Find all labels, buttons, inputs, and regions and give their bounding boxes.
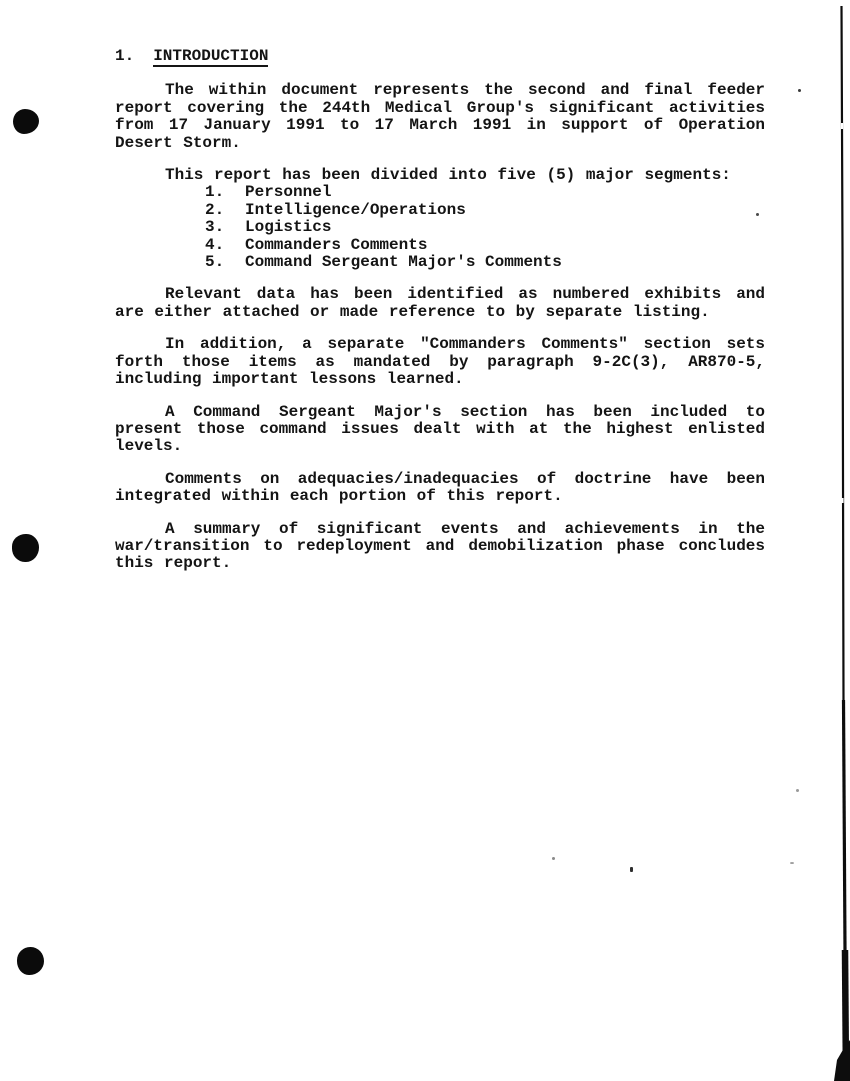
list-item: 3. Logistics — [115, 219, 765, 236]
paragraph-overview: The within document represents the secon… — [115, 82, 765, 152]
list-item-label: Personnel — [245, 184, 331, 201]
list-item: 1. Personnel — [115, 184, 765, 201]
scan-speck — [790, 862, 794, 864]
list-item-label: Commanders Comments — [245, 237, 427, 254]
list-item-number: 5. — [205, 254, 245, 271]
hole-punch-mark — [12, 534, 39, 562]
scan-speck — [630, 867, 633, 872]
scan-speck — [756, 213, 759, 216]
hole-punch-mark — [13, 109, 39, 134]
document-body: 1.INTRODUCTION The within document repre… — [115, 48, 765, 588]
paragraph-segments-intro: This report has been divided into five (… — [115, 167, 765, 184]
list-item: 5. Command Sergeant Major's Comments — [115, 254, 765, 271]
hole-punch-mark — [17, 947, 44, 975]
list-item-number: 1. — [205, 184, 245, 201]
list-item-number: 3. — [205, 219, 245, 236]
list-item-number: 2. — [205, 202, 245, 219]
list-item-number: 4. — [205, 237, 245, 254]
paragraph-relevant-data: Relevant data has been identified as num… — [115, 286, 765, 321]
list-item-label: Logistics — [245, 219, 331, 236]
list-item: 4. Commanders Comments — [115, 237, 765, 254]
scan-speck — [552, 857, 555, 860]
section-title: INTRODUCTION — [153, 48, 268, 67]
scan-speck — [798, 89, 801, 92]
paragraph-commanders-comments: In addition, a separate "Commanders Comm… — [115, 336, 765, 388]
segments-list: 1. Personnel 2. Intelligence/Operations … — [115, 184, 765, 271]
paragraph-doctrine: Comments on adequacies/inadequacies of d… — [115, 471, 765, 506]
scanned-document-page: 1.INTRODUCTION The within document repre… — [0, 0, 850, 1081]
list-item-label: Command Sergeant Major's Comments — [245, 254, 562, 271]
list-item-label: Intelligence/Operations — [245, 202, 466, 219]
paragraph-summary: A summary of significant events and achi… — [115, 521, 765, 573]
scan-speck — [796, 789, 799, 792]
paragraph-csm-section: A Command Sergeant Major's section has b… — [115, 404, 765, 456]
section-heading: 1.INTRODUCTION — [115, 48, 765, 67]
section-number: 1. — [115, 48, 134, 65]
list-item: 2. Intelligence/Operations — [115, 202, 765, 219]
